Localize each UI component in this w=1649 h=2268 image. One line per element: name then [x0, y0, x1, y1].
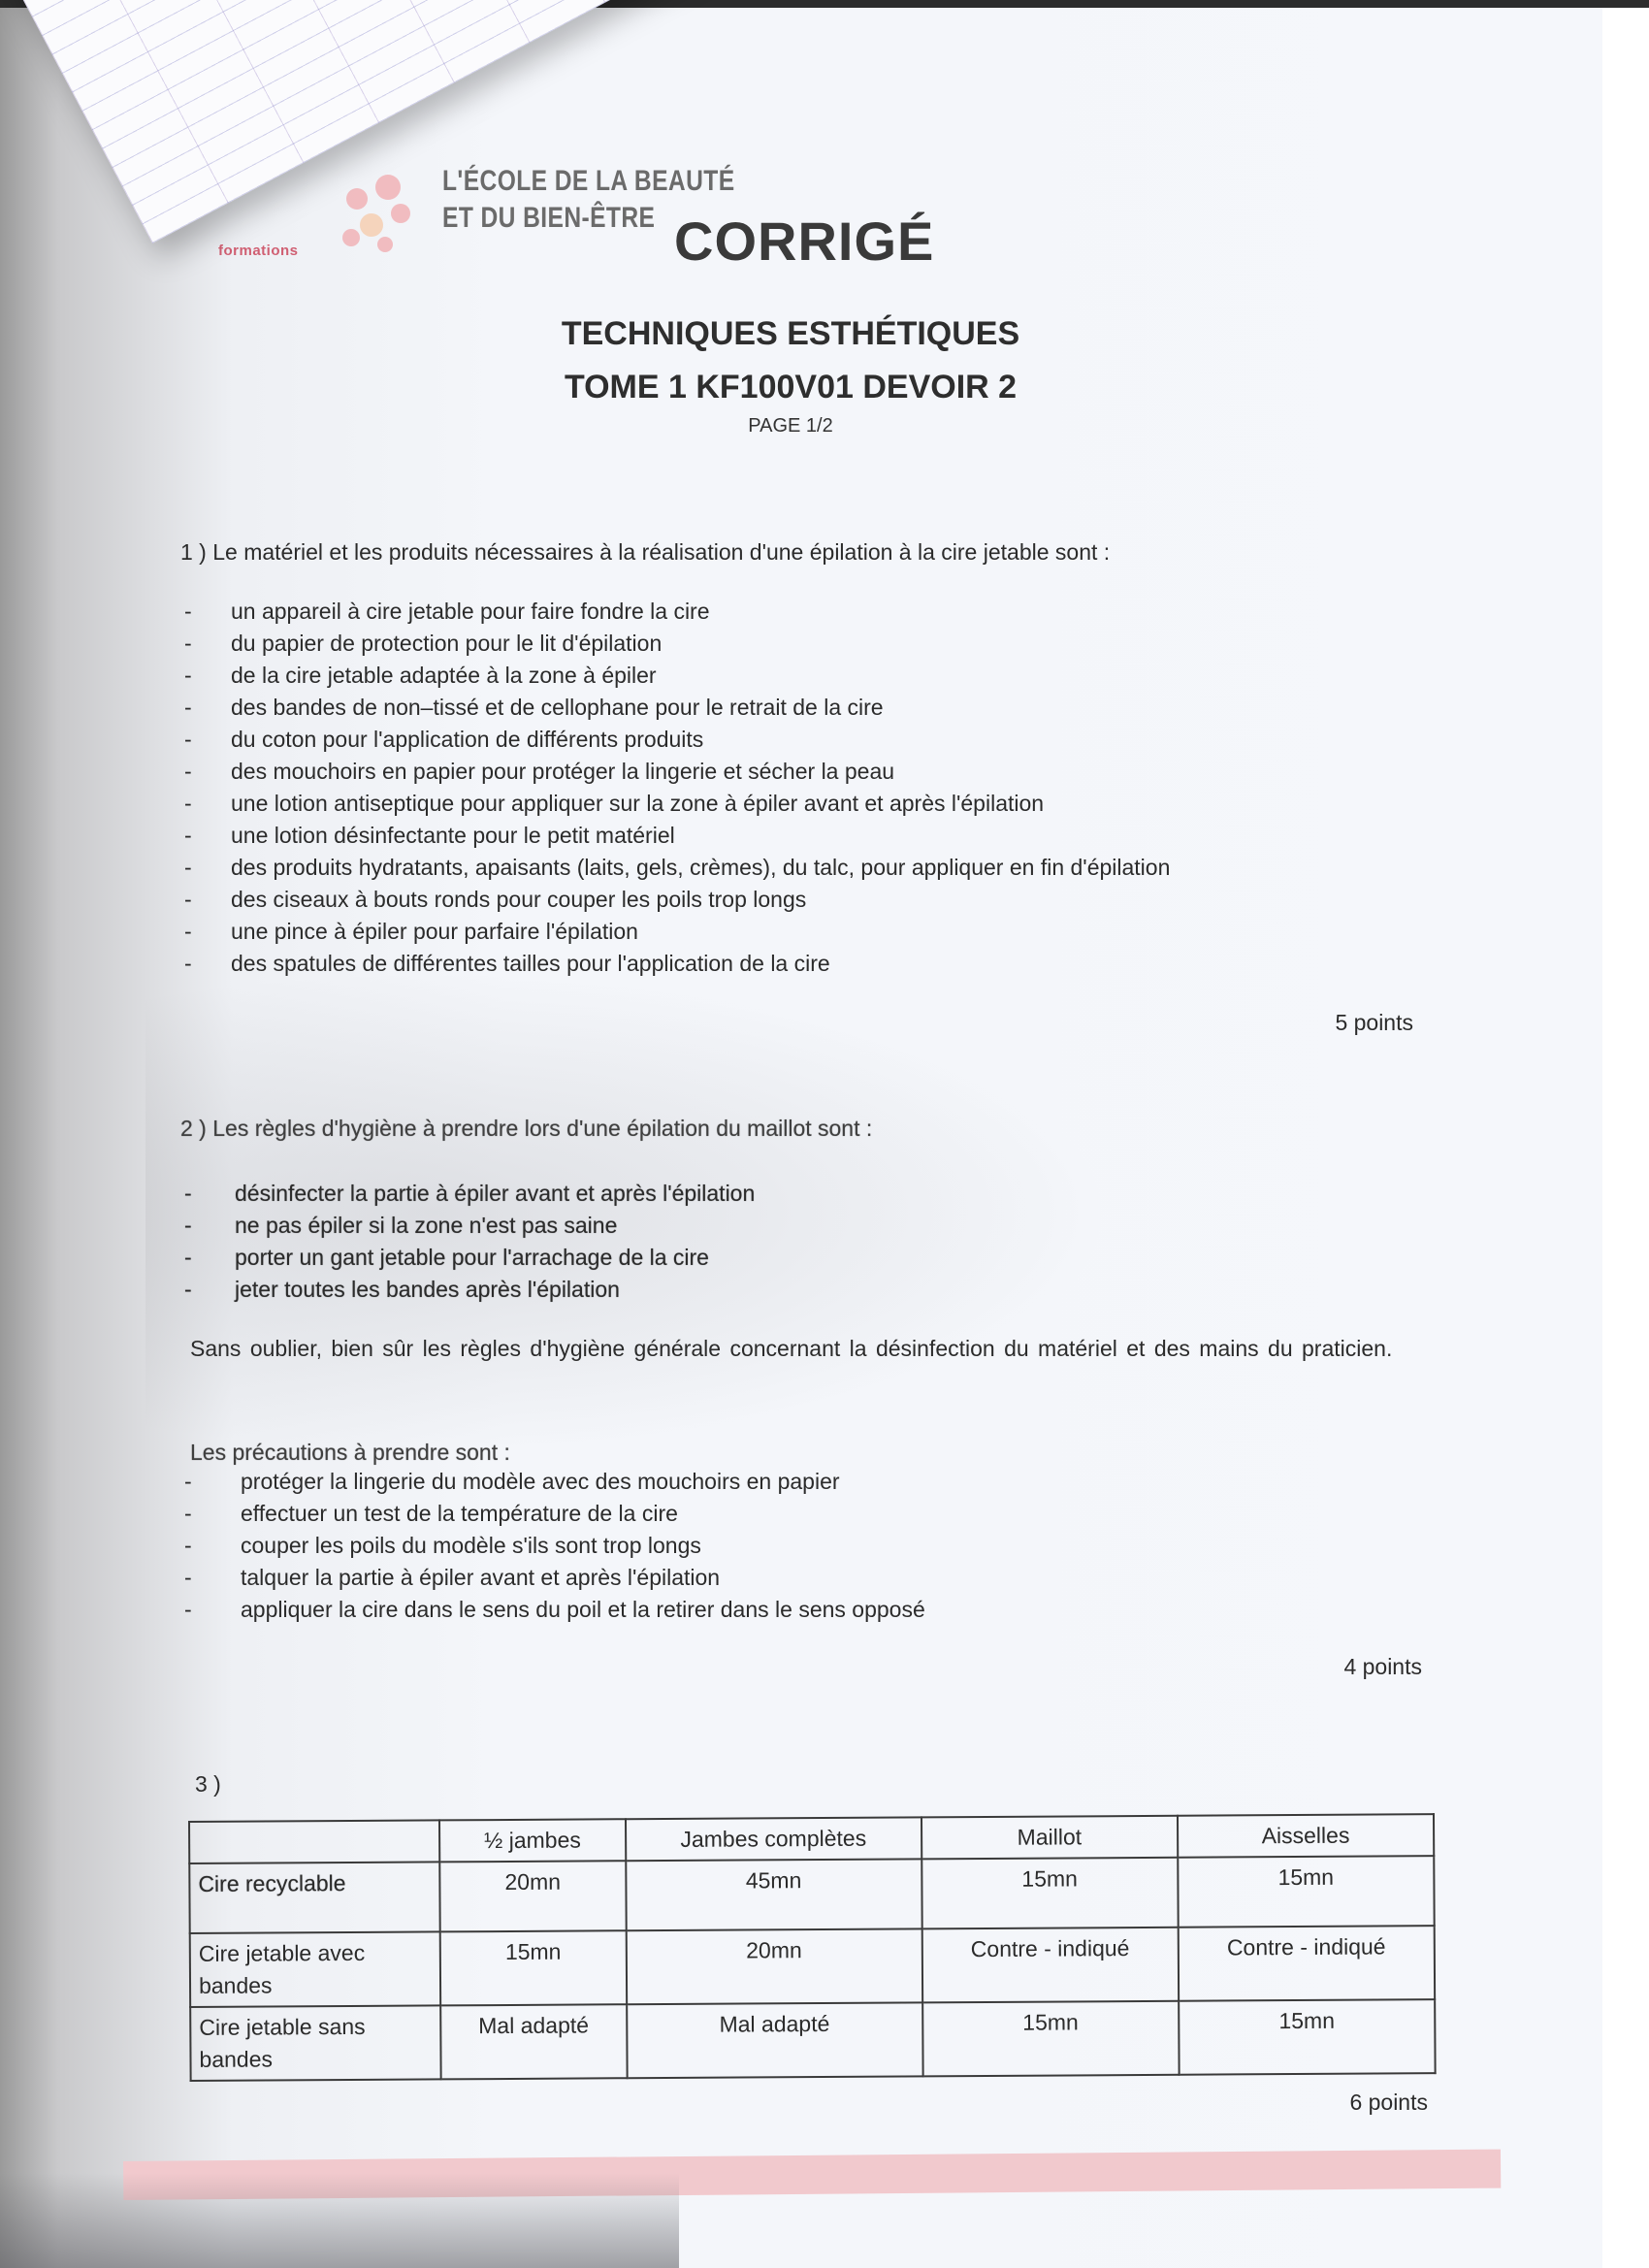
document-title: TECHNIQUES ESTHÉTIQUES — [0, 315, 1581, 353]
wax-duration-table: ½ jambes Jambes complètes Maillot Aissel… — [188, 1813, 1437, 2082]
logo-line-2: ET DU BIEN-ÊTRE — [442, 202, 655, 235]
row-label: Cire jetable avec bandes — [190, 1931, 440, 2007]
table-cell: 15mn — [440, 1930, 627, 2005]
scan-shadow-bottom — [0, 2173, 679, 2268]
page-number: PAGE 1/2 — [0, 415, 1581, 437]
hygiene-note: Sans oublier, bien sûr les règles d'hygi… — [190, 1326, 1417, 1372]
question-3-points: 6 points — [1234, 2090, 1428, 2116]
question-2-heading: 2 ) Les règles d'hygiène à prendre lors … — [180, 1116, 872, 1142]
logo-line-1: L'ÉCOLE DE LA BEAUTÉ — [442, 165, 735, 198]
table-header-cell — [189, 1820, 439, 1863]
precautions-heading: Les précautions à prendre sont : — [190, 1440, 510, 1466]
logo-flower-icon — [335, 175, 422, 262]
row-label: Cire recyclable — [189, 1862, 439, 1933]
question-3-heading: 3 ) — [195, 1771, 221, 1798]
row-label: Cire jetable sans bandes — [190, 2005, 440, 2081]
table-cell: 20mn — [626, 1928, 921, 2004]
table-cell: Mal adapté — [440, 2004, 627, 2079]
table-cell: 15mn — [1178, 1856, 1435, 1928]
table-header-cell: Aisselles — [1178, 1814, 1434, 1858]
table-cell: 45mn — [626, 1859, 921, 1930]
table-row: Cire jetable sans bandes Mal adapté Mal … — [190, 1999, 1435, 2081]
table-cell: 15mn — [921, 1858, 1179, 1929]
question-2-points: 4 points — [1228, 1654, 1422, 1680]
corrige-stamp: CORRIGÉ — [674, 210, 934, 273]
table-row: Cire jetable avec bandes 15mn 20mn Contr… — [190, 1926, 1435, 2007]
table-row: Cire recyclable 20mn 45mn 15mn 15mn — [189, 1856, 1434, 1933]
question-1-points: 5 points — [1219, 1010, 1413, 1036]
question-1-heading: 1 ) Le matériel et les produits nécessai… — [180, 539, 1110, 566]
table-header-cell: Jambes complètes — [626, 1817, 921, 1861]
document-subtitle: TOME 1 KF100V01 DEVOIR 2 — [0, 369, 1581, 406]
table-cell: Contre - indiqué — [921, 1928, 1179, 2003]
table-header-cell: ½ jambes — [439, 1819, 626, 1862]
table-cell: 20mn — [439, 1861, 626, 1931]
page-edge — [1602, 0, 1649, 2268]
table-cell: 15mn — [1179, 1999, 1436, 2075]
table-cell: Contre - indiqué — [1179, 1926, 1436, 2001]
table-cell: Mal adapté — [627, 2002, 922, 2078]
table-cell: 15mn — [922, 2001, 1180, 2077]
table-header-cell: Maillot — [921, 1816, 1178, 1860]
logo-subbrand: formations — [218, 243, 299, 259]
